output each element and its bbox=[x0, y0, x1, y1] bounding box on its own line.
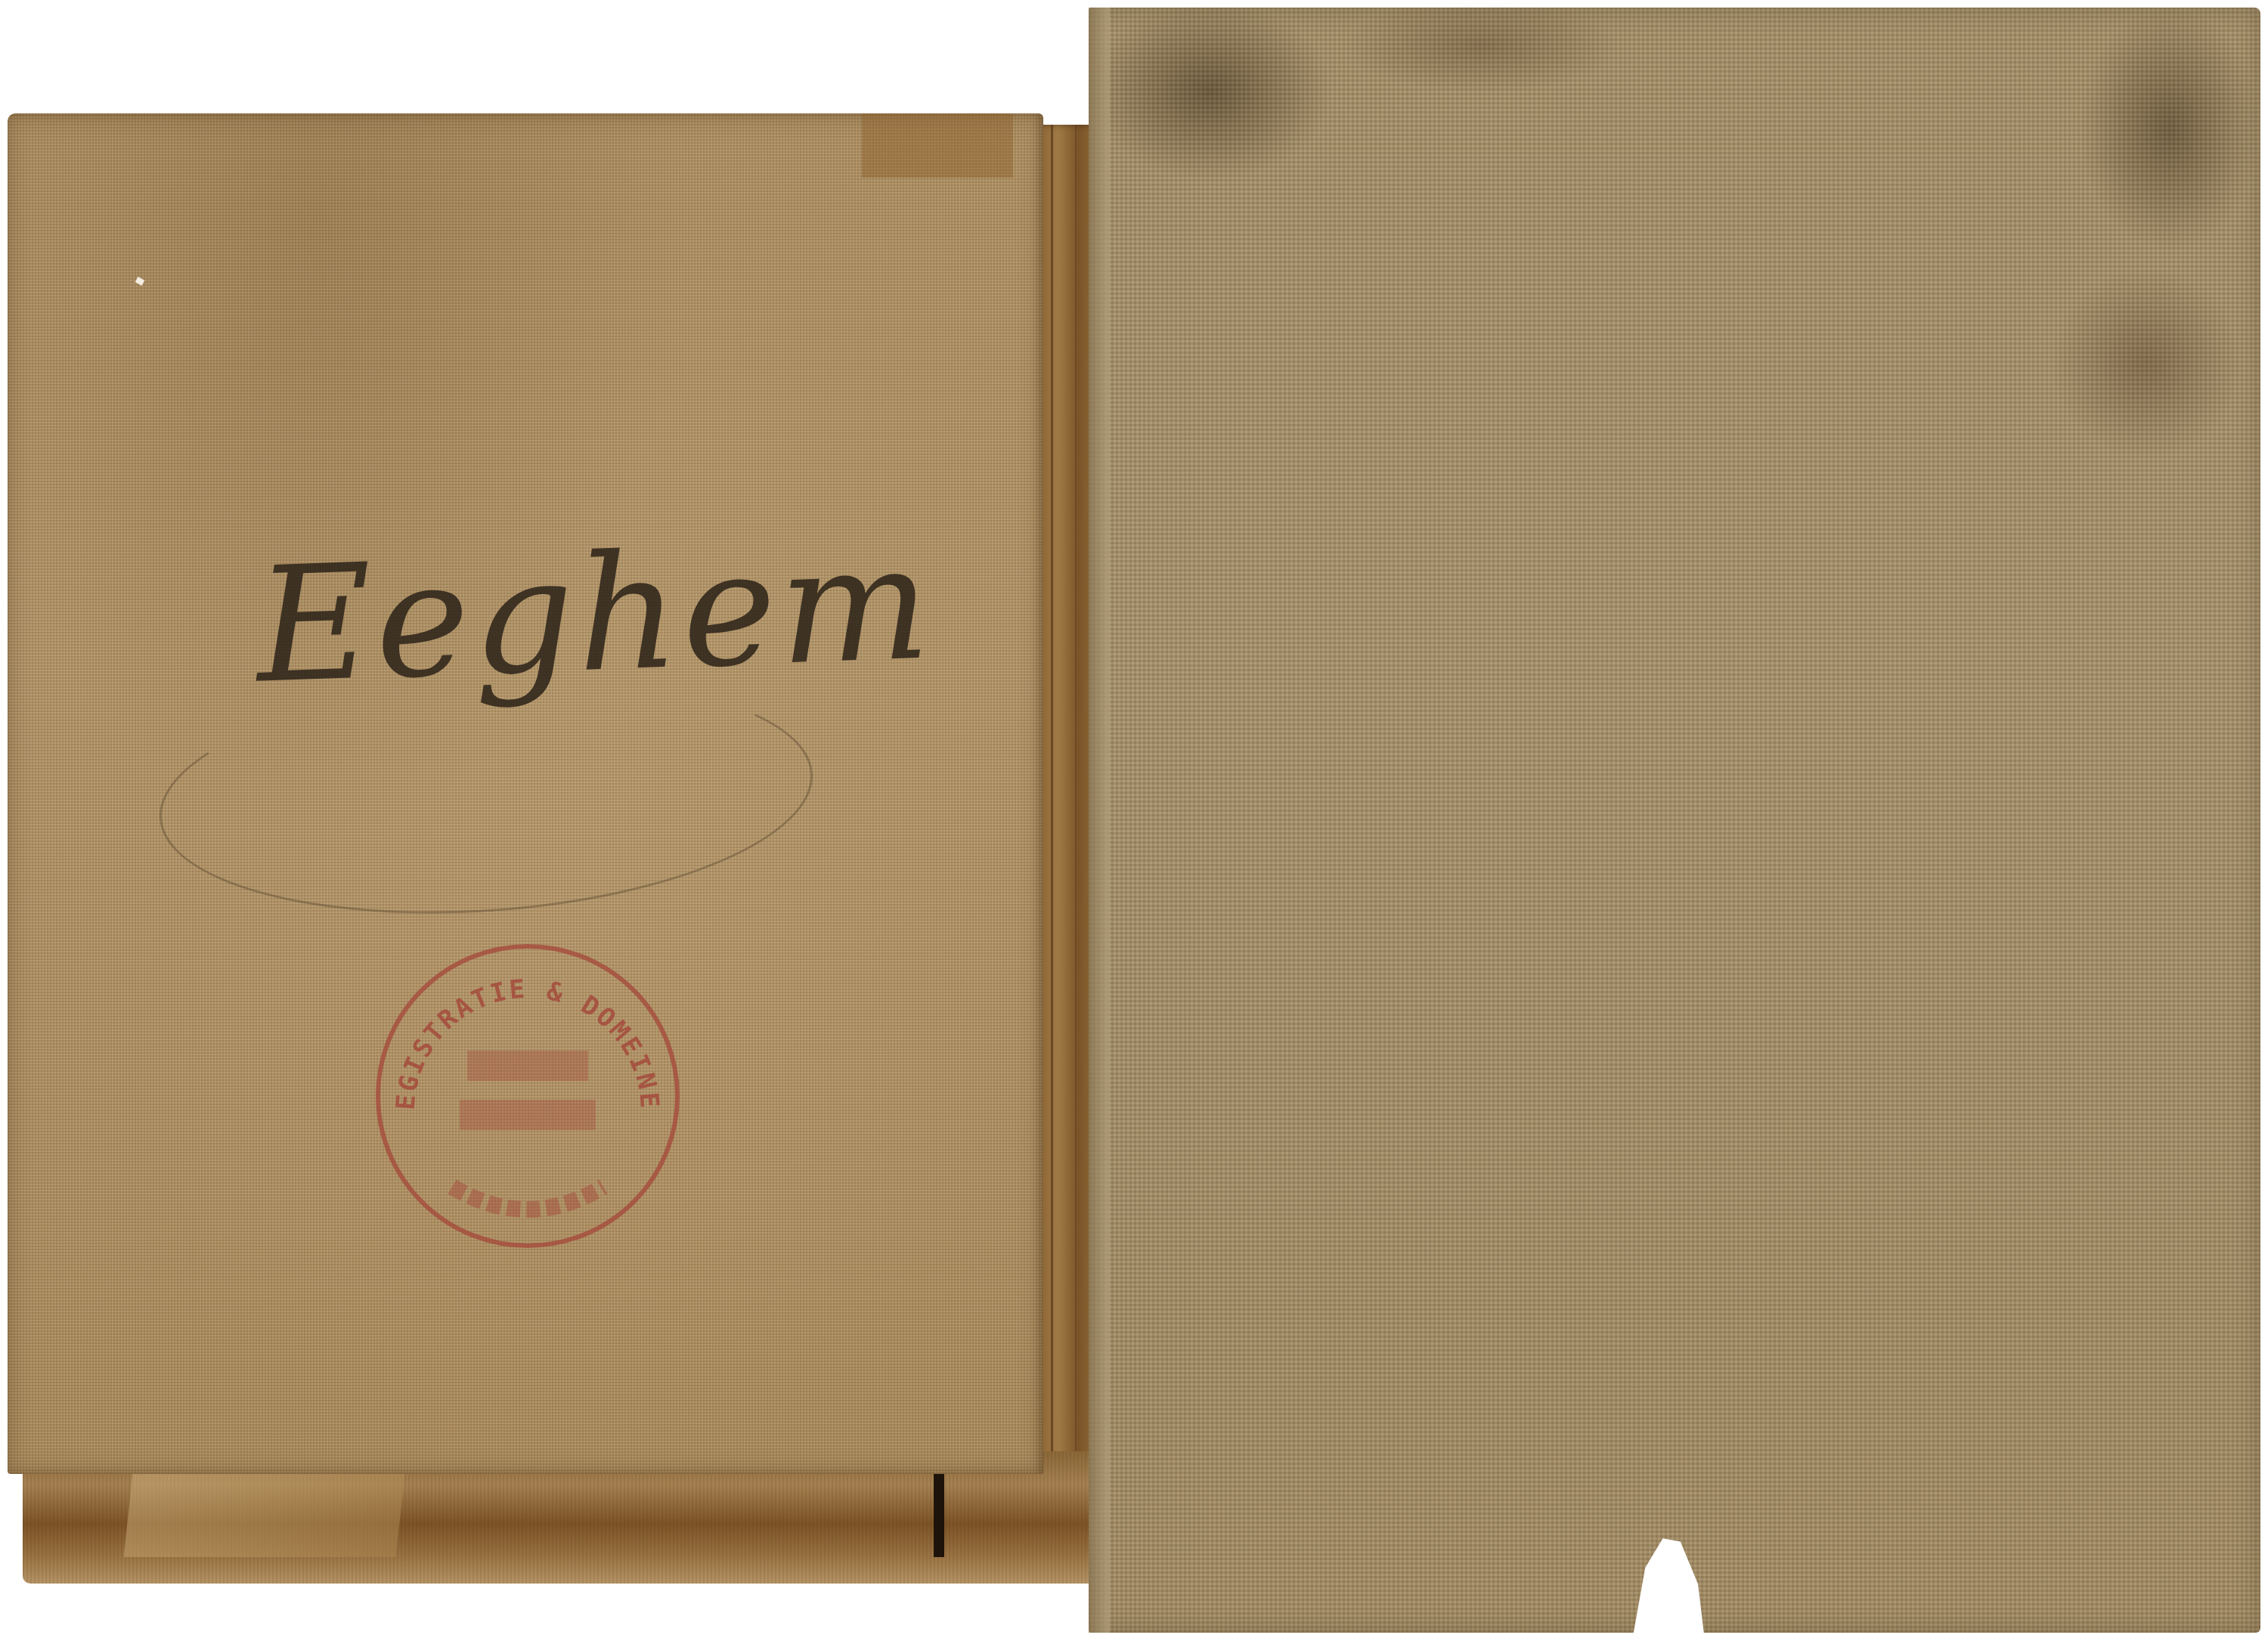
right-book bbox=[1089, 8, 2264, 1633]
stamp-outer-text: REGISTRATIE & DOMEINEN bbox=[686, 937, 687, 938]
right-book-edge bbox=[1089, 8, 1110, 1633]
left-book-cover: Eeghem REGISTRATIE & DOMEINEN REGISTRATI… bbox=[8, 113, 1043, 1474]
cover-corner-patch bbox=[862, 113, 1013, 178]
dark-strip bbox=[934, 1474, 944, 1557]
photo-scene: Eeghem REGISTRATIE & DOMEINEN REGISTRATI… bbox=[0, 0, 2268, 1641]
stamp-icon: REGISTRATIE & DOMEINEN bbox=[369, 937, 686, 1255]
left-book: Eeghem REGISTRATIE & DOMEINEN REGISTRATI… bbox=[8, 113, 1096, 1584]
right-book-cover bbox=[1089, 8, 2260, 1633]
registration-stamp: REGISTRATIE & DOMEINEN REGISTRATIE & DOM… bbox=[369, 937, 686, 1255]
exposed-map-paper bbox=[124, 1466, 406, 1557]
white-fleck bbox=[135, 277, 145, 286]
svg-text:REGISTRATIE & DOMEINEN: REGISTRATIE & DOMEINEN bbox=[369, 937, 665, 1111]
